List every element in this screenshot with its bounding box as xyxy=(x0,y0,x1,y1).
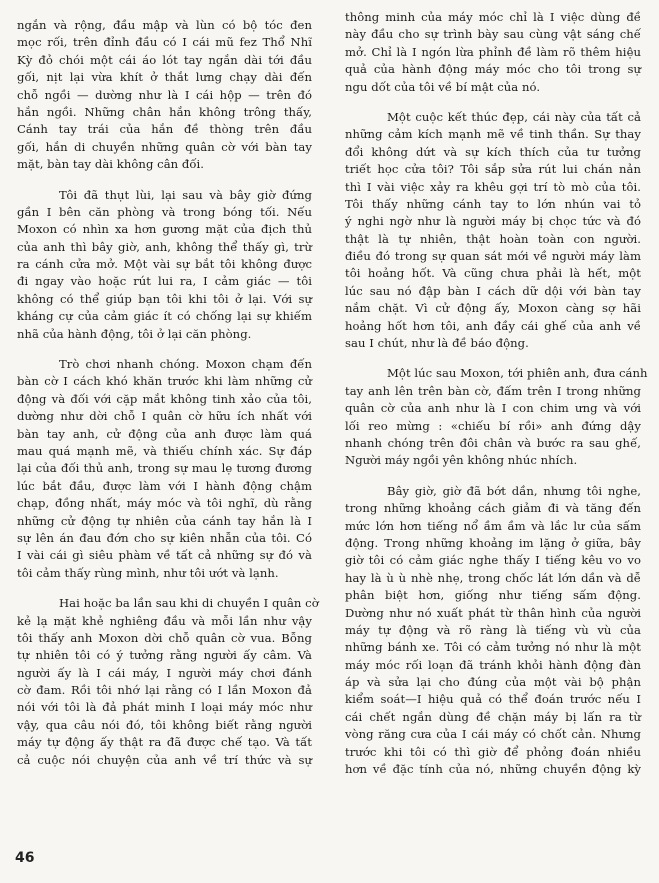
text-line: gối, hắn di chuyền những quân cờ với bàn… xyxy=(17,139,312,156)
text-line: nắm chặt. Vì cử động ấy, Moxon càng sợ h… xyxy=(345,300,641,317)
text-line: Dường như nó xuất phát từ thân hình của … xyxy=(345,605,641,622)
text-line: những cảm kích mạnh mẽ về tinh thần. Sự … xyxy=(345,126,641,143)
text-line: ngắn và rộng, đầu mập và lùn có bộ tóc đ… xyxy=(17,17,312,34)
text-line: gối, nịt lại vừa khít ở thắt lưng chạy d… xyxy=(17,69,312,86)
text-line: mặt, bàn tay dài không cân đối. xyxy=(17,156,312,173)
text-line: lúc bắt đầu, được làm với I hành động ch… xyxy=(17,478,312,495)
text-line: Tôi thấy những cánh tay to lớn nhún vai … xyxy=(345,196,641,213)
text-line: thì I vài việc xảy ra khêu gợi trí tò mò… xyxy=(345,179,641,196)
text-line: hơn về đặc tính của nó, những chuyền độn… xyxy=(345,761,641,778)
text-line: thật là tự nhiên, thật hoàn toàn con ngư… xyxy=(345,231,641,248)
paragraph: Bây giờ, giờ đã bớt dần, nhưng tôi nghe,… xyxy=(345,483,641,779)
text-line: kiểm soát—I hiệu quả có thể đoán trước n… xyxy=(345,691,641,708)
text-line: hắn ngồi. Những chân hắn không trông thấ… xyxy=(17,104,312,121)
text-line: giờ tôi có cảm giác nghe thấy I tiếng kê… xyxy=(345,552,641,569)
text-line: điều đó trong sự quan sát mới về người m… xyxy=(345,248,641,265)
text-line: những cử động tự nhiên của cánh tay hắn … xyxy=(17,513,312,530)
text-line: kháng cự của cảm giác ít có chống lại sự… xyxy=(17,308,312,325)
text-line: mọc rối, trên đỉnh đầu có I cái mũ fez T… xyxy=(17,34,312,51)
text-line: tôi hoảng hốt. Và cũng chưa phải là hết,… xyxy=(345,265,641,282)
text-line: chỗ ngồi — dường như là I cái hộp — trên… xyxy=(17,87,312,104)
text-line: máy tự động và rõ ràng là tiếng vù vù củ… xyxy=(345,622,641,639)
text-line: Tôi đã thụt lùi, lại sau và bây giờ đứng xyxy=(17,187,312,204)
text-line: ra cánh cửa mở. Một vài sự bắt tôi không… xyxy=(17,256,312,273)
text-line: máy móc rối loạn đã tránh khỏi hành động… xyxy=(345,657,641,674)
text-line: máy tự động ấy thật ra đã được chế tạo. … xyxy=(17,734,312,751)
text-line: mở. Chỉ là I ngón lừa phỉnh đề làm rõ th… xyxy=(345,44,641,61)
text-line: Moxon có nhìn xa hơn gương mặt của địch … xyxy=(17,221,312,238)
text-line: trong những khoảng cách giảm đi và tăng … xyxy=(345,500,641,517)
text-line: vòng răng cưa của I cái máy có chốt cản.… xyxy=(345,726,641,743)
text-line: Cánh tay trái của hắn đề thòng trên đầu xyxy=(17,121,312,138)
text-line: áp và sửa lại cho đúng của một vài bộ ph… xyxy=(345,674,641,691)
text-line: mức lớn hơn tiếng nổ ầm ầm và lắc lư của… xyxy=(345,518,641,535)
paragraph: ngắn và rộng, đầu mập và lùn có bộ tóc đ… xyxy=(17,17,312,174)
text-line: ý nghi ngờ như là người máy bị chọc tức … xyxy=(345,213,641,230)
paragraph: Một lúc sau Moxon, tới phiên anh, đưa cá… xyxy=(345,365,641,469)
text-line: bàn tay anh, cử động của anh được làm qu… xyxy=(17,426,312,443)
text-line: hay là ù ù nhè nhẹ, trong chốc lát lớn d… xyxy=(345,570,641,587)
text-line: nói với tôi là đả phát minh I loại máy m… xyxy=(17,699,312,716)
text-line: của anh thì bây giờ, anh, không thể thấy… xyxy=(17,239,312,256)
text-line: người ấy là I cái máy, I người máy chơi … xyxy=(17,665,312,682)
text-line: nhanh chóng trên đôi chân và bước ra sau… xyxy=(345,435,641,452)
text-line: Một lúc sau Moxon, tới phiên anh, đưa cá… xyxy=(345,365,641,382)
text-line: trước khi tôi có thì giờ để phỏng đoán n… xyxy=(345,744,641,761)
text-line: lúc sau nó đập bàn I cách dữ dội với bàn… xyxy=(345,283,641,300)
paragraph: thông minh của máy móc chỉ là I việc dùn… xyxy=(345,9,641,96)
text-line: nhã của hành động, tôi ở lại căn phòng. xyxy=(17,326,312,343)
text-line: quân cờ của anh như là I con chim ưng và… xyxy=(345,400,641,417)
text-line: Một cuộc kết thúc đẹp, cái này của tất c… xyxy=(345,109,641,126)
text-line: lối reo mừng : «chiếu bí rồi» anh đứng d… xyxy=(345,418,641,435)
text-line: dường như dời chỗ I quân cờ hữu ích nhất… xyxy=(17,408,312,425)
text-line: mau quá mạnh mẽ, và thiếu chính xác. Sự … xyxy=(17,443,312,460)
paragraph: Tôi đã thụt lùi, lại sau và bây giờ đứng… xyxy=(17,187,312,344)
text-line: cờ đam. Rồi tôi nhớ lại rằng có I lần Mo… xyxy=(17,682,312,699)
text-line: chạp, đồng nhất, máy móc và tôi nghĩ, dù… xyxy=(17,495,312,512)
left-column: ngắn và rộng, đầu mập và lùn có bộ tóc đ… xyxy=(17,17,312,769)
paragraph: Hai hoặc ba lần sau khi di chuyền I quân… xyxy=(17,595,312,769)
paragraph: Trò chơi nhanh chóng. Moxon chạm đếnbàn … xyxy=(17,356,312,582)
text-line: tôi cảm thấy rùng mình, như tôi ướt và l… xyxy=(17,565,312,582)
text-line: thông minh của máy móc chỉ là I việc dùn… xyxy=(345,9,641,26)
text-line: ngu dốt của tôi về bí mật của nó. xyxy=(345,79,641,96)
paragraph: Một cuộc kết thúc đẹp, cái này của tất c… xyxy=(345,109,641,352)
text-line: động. Trong những khoảng im lặng ở giữa,… xyxy=(345,535,641,552)
text-line: sự lên án đau đớn cho sự kiên nhẫn của t… xyxy=(17,530,312,547)
text-line: I vài cái gì siêu phàm về tất cả những s… xyxy=(17,547,312,564)
page-number: 46 xyxy=(15,850,34,866)
text-line: Hai hoặc ba lần sau khi di chuyền I quân… xyxy=(17,595,312,612)
text-line: quả của hành động máy móc cho tôi trong … xyxy=(345,61,641,78)
text-line: Trò chơi nhanh chóng. Moxon chạm đến xyxy=(17,356,312,373)
text-line: gần I bên căn phòng và trong bóng tối. N… xyxy=(17,204,312,221)
text-line: vậy, qua câu nói đó, tôi không biết rằng… xyxy=(17,717,312,734)
book-page: ngắn và rộng, đầu mập và lùn có bộ tóc đ… xyxy=(0,0,659,883)
text-line: bàn cờ I cách khó khăn trước khi làm nhữ… xyxy=(17,373,312,390)
text-line: tay anh lên trên bàn cờ, đấm trên I tron… xyxy=(345,383,641,400)
text-line: động và đối với cặp mắt không tinh xảo c… xyxy=(17,391,312,408)
text-line: tự nhiên tôi có ý tưởng rằng người ấy câ… xyxy=(17,647,312,664)
text-line: Kỳ đỏ chói một cái áo lót tay ngắn dài t… xyxy=(17,52,312,69)
right-column: thông minh của máy móc chỉ là I việc dùn… xyxy=(345,9,641,778)
text-line: kẻ lạ mặt khẻ nghiêng đầu và mỗi lần như… xyxy=(17,613,312,630)
text-line: tôi thấy anh Moxon dời chỗ quân cờ vua. … xyxy=(17,630,312,647)
text-line: cả cuộc nói chuyện của anh về trí thức v… xyxy=(17,752,312,769)
text-line: hoảng hốt hơn tôi, anh đầy cái ghế của a… xyxy=(345,318,641,335)
text-line: đổi không dứt và sự kích thích của tư tư… xyxy=(345,144,641,161)
text-line: này đầu cho sự trình bày sau cùng vật sá… xyxy=(345,26,641,43)
text-line: không có thể giúp bạn tôi khi tôi ở lại.… xyxy=(17,291,312,308)
text-line: phân biệt hơn, giống như tiếng sấm động. xyxy=(345,587,641,604)
text-line: Người máy ngồi yên không nhúc nhích. xyxy=(345,452,641,469)
text-line: lại của đối thủ anh, trong sự mau lẹ tươ… xyxy=(17,460,312,477)
text-line: những bánh xe. Tôi có cảm tưởng nó như l… xyxy=(345,639,641,656)
text-line: sau I chút, như là đề báo động. xyxy=(345,335,641,352)
text-line: Bây giờ, giờ đã bớt dần, nhưng tôi nghe, xyxy=(345,483,641,500)
text-line: cái chết ngắn dùng đề chặn máy bị lấn ra… xyxy=(345,709,641,726)
text-line: đi ngay vào hoặc rút lui ra, I cảm giác … xyxy=(17,273,312,290)
text-line: triết học cửa tôi? Tôi sắp sửa rút lui c… xyxy=(345,161,641,178)
